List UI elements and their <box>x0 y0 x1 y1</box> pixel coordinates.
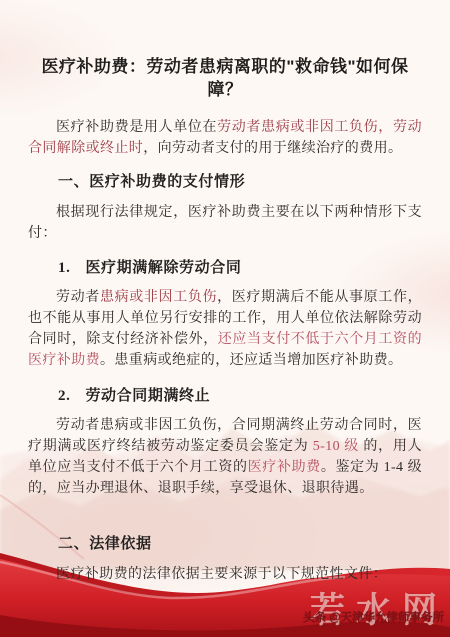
text-segment: 劳动者 <box>56 290 100 305</box>
case-1-heading: 1.医疗期满解除劳动合同 <box>28 256 422 277</box>
site-watermark: 若水网 <box>310 583 448 633</box>
text-segment: 医疗补助费 <box>248 460 321 475</box>
text-segment: 医疗补助费是用人单位在 <box>56 120 217 135</box>
text-segment: 5-10 级 <box>313 439 359 454</box>
text-segment: ，向劳动者支付的用于继续治疗的费用。 <box>143 141 402 156</box>
case-2-number: 2. <box>58 388 70 405</box>
case-1-paragraph: 劳动者患病或非因工负伤，医疗期满后不能从事原工作，也不能从事用人单位另行安排的工… <box>28 287 422 371</box>
article-body: 医疗补助费：劳动者患病离职的"救命钱"如何保障？ 医疗补助费是用人单位在劳动者患… <box>0 0 450 585</box>
author-credit: 头条 @天津华允律师事务所 <box>303 609 444 625</box>
text-segment: 患病或非因工负伤 <box>100 290 217 305</box>
section-1-lead-paragraph: 根据现行法律规定，医疗补助费主要在以下两种情形下支付： <box>28 202 422 244</box>
section-2-lead-paragraph: 医疗补助费的法律依据主要来源于以下规范性文件： <box>28 564 422 585</box>
case-1-title: 医疗期满解除劳动合同 <box>85 260 241 276</box>
section-1-heading: 一、医疗补助费的支付情形 <box>28 170 422 191</box>
text-segment: 。患重病或绝症的，还应适当增加医疗补助费。 <box>100 353 402 368</box>
case-2-title: 劳动合同期满终止 <box>85 388 210 404</box>
poster-page: 医疗补助费：劳动者患病离职的"救命钱"如何保障？ 医疗补助费是用人单位在劳动者患… <box>0 0 450 637</box>
section-2-heading: 二、法律依据 <box>28 532 422 553</box>
page-title: 医疗补助费：劳动者患病离职的"救命钱"如何保障？ <box>28 0 422 101</box>
case-1-number: 1. <box>58 260 70 277</box>
case-2-heading: 2.劳动合同期满终止 <box>28 384 422 405</box>
case-2-paragraph: 劳动者患病或非因工负伤，合同期满终止劳动合同时，医疗期满或医疗终结被劳动鉴定委员… <box>28 415 422 499</box>
intro-paragraph: 医疗补助费是用人单位在劳动者患病或非因工负伤，劳动合同解除或终止时，向劳动者支付… <box>28 117 422 159</box>
